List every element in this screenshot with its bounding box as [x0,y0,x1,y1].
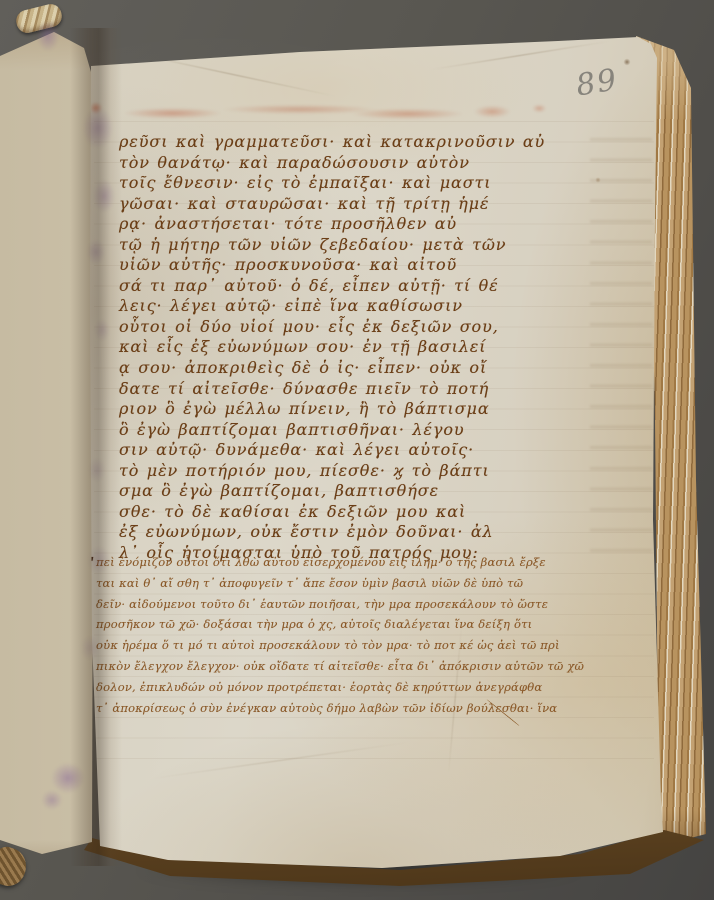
gospel-text-block: ρεῦσι καὶ γραμματεῦσι· καὶ κατακρινοῦσιν… [119,132,591,563]
parchment-crease [130,52,336,97]
folio-number-pencil: 89 [574,60,639,104]
parchment-crease [431,41,609,70]
ink-showthrough [590,138,652,568]
erased-rubric-smear [88,94,558,126]
manuscript-page: 89 ρεῦσι καὶ γραμματεῦσι· καὶ κατακρινοῦ… [0,0,714,900]
headband-cord [14,2,64,35]
commentary-scholion-block: πεὶ ἐνόμιζον οὗτοι ὅτι λθὼ αὐτοῦ εἰσερχο… [96,552,624,718]
tailband-cord [0,844,31,891]
photo-background: πτάποῦ ἐῥόλωχήν—Κέψητοῦλαοίωχνεπςόμουψεὶ… [0,0,714,900]
